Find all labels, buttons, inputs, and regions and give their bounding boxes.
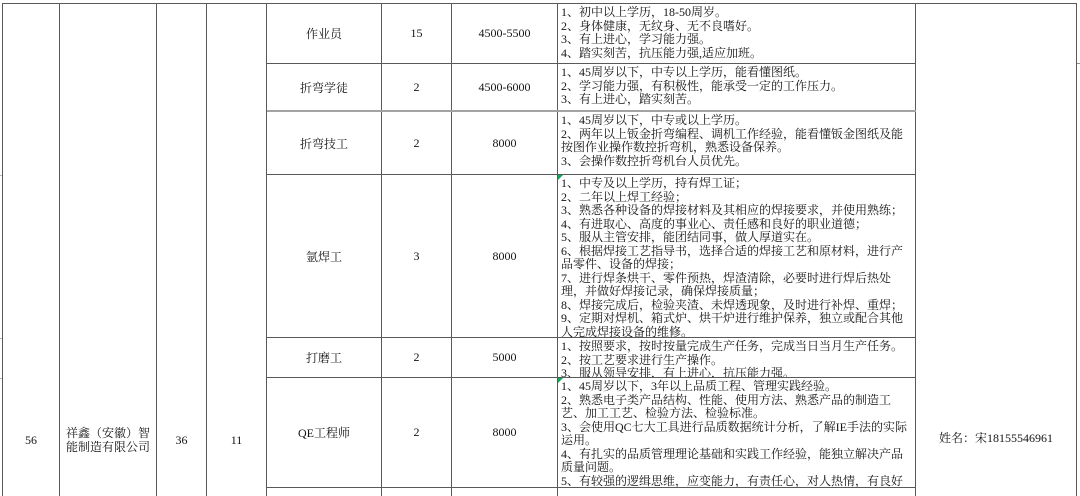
job-salary: 8000 — [452, 378, 558, 487]
job-count: 2 — [382, 338, 452, 377]
contact-cell: 姓名：宋18155546961 — [916, 4, 1077, 496]
seq-number: 56 — [3, 433, 59, 447]
job-title: 折弯学徒 — [267, 64, 382, 110]
job-title: 打磨工 — [267, 338, 382, 377]
job-title: QE工程师 — [267, 378, 382, 487]
empty-cell — [558, 488, 916, 496]
job-requirements: 1、按照要求，按时按量完成生产任务，完成当日当月生产任务。 2、按工艺要求进行生… — [558, 338, 916, 377]
job-count: 15 — [382, 4, 452, 63]
job-title: 作业员 — [267, 4, 382, 63]
empty-cell — [382, 488, 452, 496]
left-edge-gridline-tick — [0, 378, 2, 379]
job-requirements: 1、45周岁以下，3年以上品质工程、管理实践经验。 2、熟悉电子类产品结构、性能… — [558, 378, 916, 487]
job-count: 3 — [382, 175, 452, 337]
job-row: QE工程师 2 8000 1、45周岁以下，3年以上品质工程、管理实践经验。 2… — [267, 378, 916, 488]
company-cell: 祥鑫（安徽）智能制造有限公司 — [60, 4, 157, 496]
total-positions-cell: 36 — [157, 4, 207, 496]
job-row: 打磨工 2 5000 1、按照要求，按时按量完成生产任务，完成当日当月生产任务。… — [267, 338, 916, 378]
job-count: 2 — [382, 112, 452, 174]
job-count: 2 — [382, 64, 452, 110]
job-title: 氩焊工 — [267, 175, 382, 337]
empty-cell — [267, 488, 382, 496]
job-salary: 4500-5500 — [452, 4, 558, 63]
spreadsheet-table: 56 祥鑫（安徽）智能制造有限公司 36 11 作业员 15 4500-5500… — [0, 0, 1080, 496]
company-name: 祥鑫（安徽）智能制造有限公司 — [60, 426, 156, 454]
job-row: 作业员 15 4500-5500 1、初中以上学历，18-50周岁。 2、身体健… — [267, 4, 916, 64]
job-row-partial — [267, 488, 916, 496]
left-edge-gridline-tick — [0, 338, 2, 339]
left-edge-gridline-tick — [0, 175, 2, 176]
job-requirements: 1、初中以上学历，18-50周岁。 2、身体健康，无纹身、无不良嗜好。 3、有上… — [558, 4, 916, 63]
job-title: 折弯技工 — [267, 112, 382, 174]
seq-cell: 56 — [2, 4, 60, 496]
job-count: 2 — [382, 378, 452, 487]
job-row: 折弯技工 2 8000 1、45周岁以下，中专或以上学历。 2、两年以上钣金折弯… — [267, 112, 916, 175]
total-headcount-value: 11 — [207, 433, 266, 447]
job-row: 氩焊工 3 8000 1、中专及以上学历，持有焊工证； 2、二年以上焊工经验； … — [267, 175, 916, 338]
total-positions-value: 36 — [157, 433, 206, 447]
job-rows: 作业员 15 4500-5500 1、初中以上学历，18-50周岁。 2、身体健… — [267, 4, 916, 496]
empty-cell — [452, 488, 558, 496]
contact-info: 姓名：宋18155546961 — [916, 431, 1076, 445]
job-salary: 5000 — [452, 338, 558, 377]
total-headcount-cell: 11 — [207, 4, 267, 496]
job-requirements: 1、45周岁以下，中专或以上学历。 2、两年以上钣金折弯编程、调机工作经验，能看… — [558, 112, 916, 174]
job-salary: 8000 — [452, 112, 558, 174]
job-row: 折弯学徒 2 4500-6000 1、45周岁以下，中专以上学历，能看懂图纸。 … — [267, 64, 916, 112]
job-salary: 4500-6000 — [452, 64, 558, 110]
job-salary: 8000 — [452, 175, 558, 337]
job-requirements: 1、中专及以上学历，持有焊工证； 2、二年以上焊工经验； 3、熟悉各种设备的焊接… — [558, 175, 916, 337]
job-requirements: 1、45周岁以下，中专以上学历，能看懂图纸。 2、学习能力强，有积极性，能承受一… — [558, 64, 916, 110]
